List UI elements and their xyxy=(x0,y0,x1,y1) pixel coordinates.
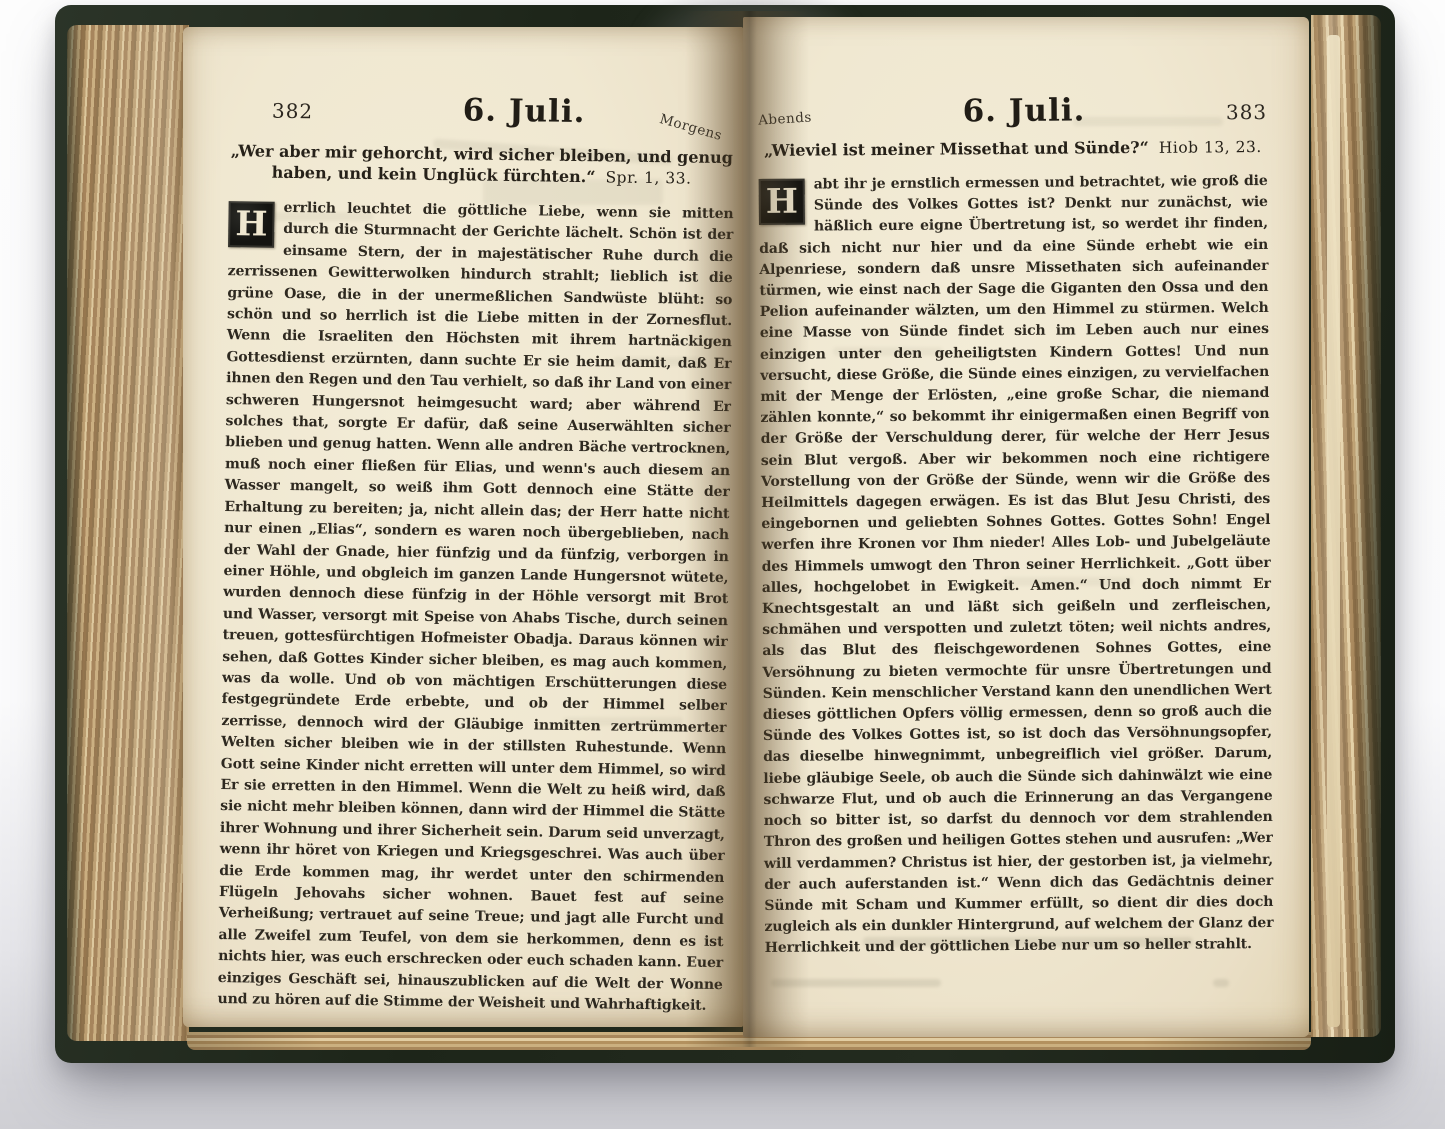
verse-quote: „Wieviel ist meiner Missethat und Sünde?… xyxy=(758,136,1267,162)
verse-text: „Wieviel ist meiner Missethat und Sünde?… xyxy=(764,138,1149,160)
drop-cap-initial: H xyxy=(228,201,275,248)
verse-reference: Hiob 13, 23. xyxy=(1149,138,1262,157)
left-page-content: 382 6. Juli. Morgens „Wer aber mir gehor… xyxy=(183,27,743,1027)
page-number: 383 xyxy=(1226,100,1267,124)
left-page-header: 382 6. Juli. Morgens xyxy=(230,89,735,132)
page-number: 382 xyxy=(272,99,314,124)
right-page-header: Abends 6. Juli. 383 xyxy=(758,91,1267,131)
time-of-day-label: Abends xyxy=(758,109,823,129)
devotional-text: Habt ihr je ernstlich ermessen und betra… xyxy=(759,171,1274,959)
drop-cap-initial: H xyxy=(759,179,805,225)
verse-reference: Spr. 1, 33. xyxy=(595,168,691,187)
verse-quote: „Wer aber mir gehorcht, wird sicher blei… xyxy=(229,140,735,190)
fore-edge-pages-right xyxy=(1311,15,1381,1037)
devotional-body: abt ihr je ernstlich ermessen und betrac… xyxy=(759,173,1273,956)
devotional-text: Herrlich leuchtet die göttliche Liebe, w… xyxy=(217,197,733,1017)
right-page: Abends 6. Juli. 383 „Wieviel ist meiner … xyxy=(743,17,1309,1037)
left-page: 382 6. Juli. Morgens „Wer aber mir gehor… xyxy=(183,27,743,1027)
open-book: 382 6. Juli. Morgens „Wer aber mir gehor… xyxy=(55,5,1395,1063)
devotional-body: errlich leuchtet die göttliche Liebe, we… xyxy=(217,200,733,1014)
right-page-content: Abends 6. Juli. 383 „Wieviel ist meiner … xyxy=(743,17,1309,1037)
date-heading: 6. Juli. xyxy=(822,91,1226,130)
fore-edge-pages-left xyxy=(67,25,189,1041)
